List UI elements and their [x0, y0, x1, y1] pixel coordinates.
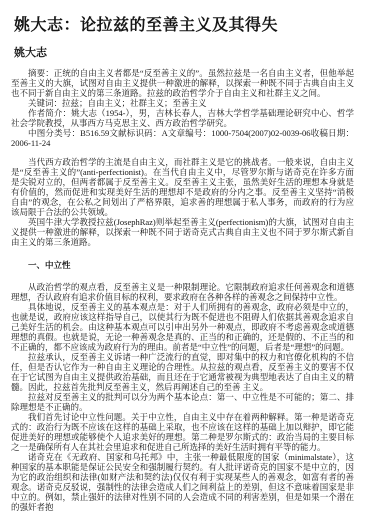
article-title: 姚大志：论拉兹的至善主义及其得失	[14, 16, 354, 36]
clc-info-text: 中图分类号：B516.59文献标识码：A文章编号：1000-7504(2007)…	[11, 128, 354, 148]
article-meta-block: 摘要：正统的自由主义者都是“反至善主义的”。虽然拉兹是一名自由主义者，但他举起至…	[11, 68, 354, 148]
keywords-text: 关键词：拉兹；自由主义；社群主义；至善主义	[11, 98, 354, 108]
section-heading-neutrality: 一、中立性	[11, 260, 354, 270]
intro-paragraph: 英国牛津大学教授拉兹(JosephRaz)则举起至善主义(perfectioni…	[11, 217, 354, 247]
intro-paragraph: 当代西方政治哲学的主流是自由主义，而社群主义是它的挑战者。一般来说，自由主义是“…	[11, 157, 354, 217]
section-paragraph: 从政治哲学的观点看，反至善主义是一种限制理论。它限制政府追求任何善观念和道德理想…	[11, 282, 354, 302]
author-name: 姚大志	[14, 47, 354, 59]
article-page: 姚大志：论拉兹的至善主义及其得失 姚大志 摘要：正统的自由主义者都是“反至善主义…	[0, 0, 365, 516]
author-bio-text: 作者简介：姚大志（1954-），男，吉林长春人，吉林大学哲学基础理论研究中心、哲…	[11, 108, 354, 128]
abstract-text: 摘要：正统的自由主义者都是“反至善主义的”。虽然拉兹是一名自由主义者，但他举起至…	[11, 68, 354, 98]
section-paragraph: 诺奇克在《无政府、国家和乌托邦》中，主张一种最低限度的国家（minimalsta…	[11, 452, 354, 512]
section-paragraph: 具体地说，反至善主义的基本观点是：对于人们所拥有的善观念，政府必须是中立的，也就…	[11, 302, 354, 352]
section-paragraph: 拉兹承认，反至善主义诉诸一种广泛流行的直觉，即对集中的权力和官僚化机构的不信任，…	[11, 352, 354, 392]
article-body: 当代西方政治哲学的主流是自由主义，而社群主义是它的挑战者。一般来说，自由主义是“…	[11, 157, 354, 512]
section-paragraph: 拉兹对反至善主义的批判可以分为两个基本论点：第一、中立性是不可能的；第二、排除理…	[11, 392, 354, 412]
section-paragraph: 我们首先讨论中立性问题。关于中立性，自由主义中存在着两种解释。第一种是诺奇克式的…	[11, 412, 354, 452]
